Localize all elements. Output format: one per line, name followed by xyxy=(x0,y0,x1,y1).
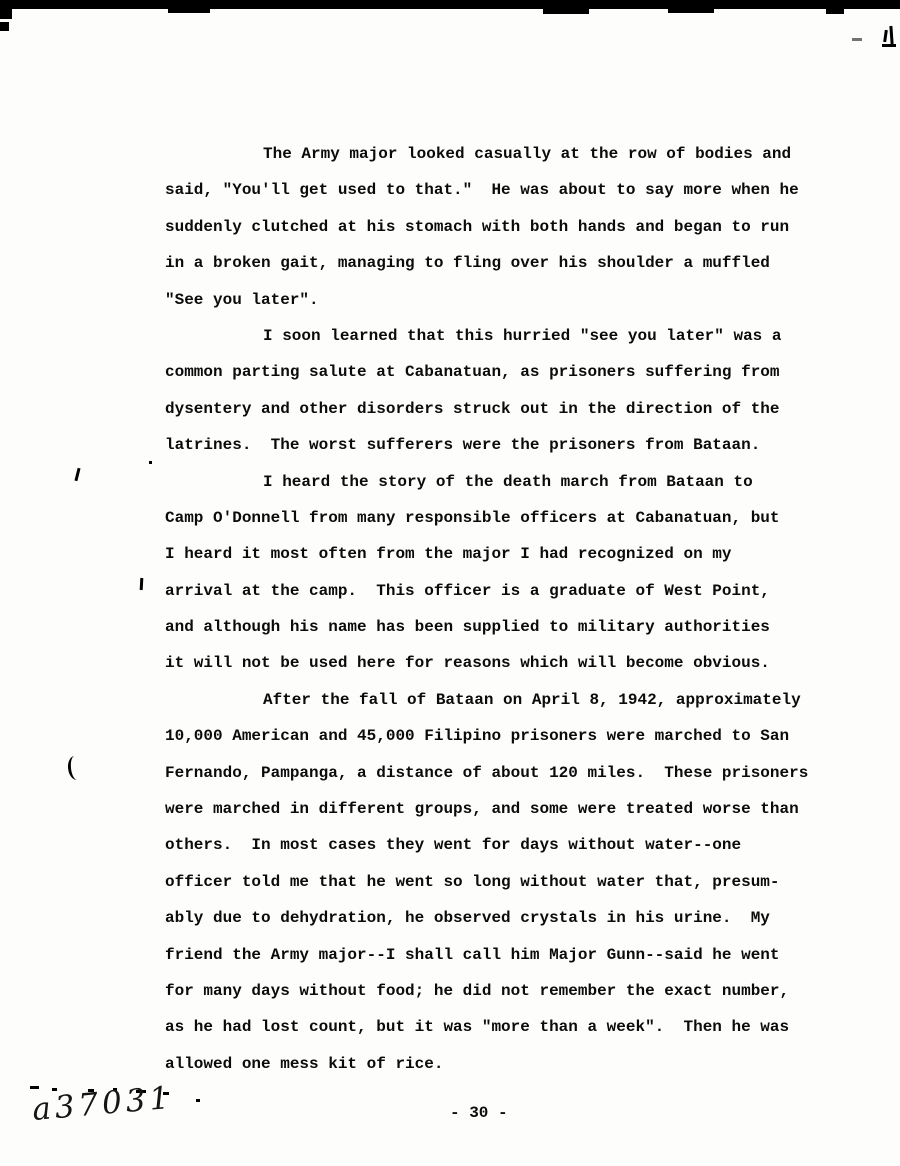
text-line: I heard it most often from the major I h… xyxy=(165,536,885,572)
text-line: suddenly clutched at his stomach with bo… xyxy=(165,209,885,245)
text-line: in a broken gait, managing to fling over… xyxy=(165,245,885,281)
scan-artifact xyxy=(140,578,144,590)
text-line: After the fall of Bataan on April 8, 194… xyxy=(165,682,885,718)
scan-artifact xyxy=(668,9,714,13)
text-line: others. In most cases they went for days… xyxy=(165,827,885,863)
scan-artifact xyxy=(0,9,12,19)
text-line: arrival at the camp. This officer is a g… xyxy=(165,573,885,609)
text-line: common parting salute at Cabanatuan, as … xyxy=(165,354,885,390)
text-line: The Army major looked casually at the ro… xyxy=(165,136,885,172)
text-line: allowed one mess kit of rice. xyxy=(165,1046,885,1082)
text-line: ably due to dehydration, he observed cry… xyxy=(165,900,885,936)
text-line: Camp O'Donnell from many responsible off… xyxy=(165,500,885,536)
scan-artifact xyxy=(30,1086,39,1089)
document-body: The Army major looked casually at the ro… xyxy=(165,136,885,1082)
text-line: dysentery and other disorders struck out… xyxy=(165,391,885,427)
scan-artifact xyxy=(196,1099,200,1102)
text-line: "See you later". xyxy=(165,282,885,318)
scan-artifact xyxy=(0,22,9,31)
scan-artifact xyxy=(826,9,844,14)
scan-artifact xyxy=(852,38,862,41)
scan-artifact xyxy=(889,26,893,44)
text-line: it will not be used here for reasons whi… xyxy=(165,645,885,681)
text-line: I heard the story of the death march fro… xyxy=(165,464,885,500)
text-line: 10,000 American and 45,000 Filipino pris… xyxy=(165,718,885,754)
text-line: officer told me that he went so long wit… xyxy=(165,864,885,900)
scan-artifact xyxy=(168,9,210,13)
document-page: The Army major looked casually at the ro… xyxy=(0,0,900,1166)
scan-artifact xyxy=(74,468,80,481)
text-line: and although his name has been supplied … xyxy=(165,609,885,645)
scan-artifact xyxy=(882,44,896,47)
scan-artifact xyxy=(149,461,152,464)
text-line: I soon learned that this hurried "see yo… xyxy=(165,318,885,354)
text-line: were marched in different groups, and so… xyxy=(165,791,885,827)
text-line: Fernando, Pampanga, a distance of about … xyxy=(165,755,885,791)
scan-artifact xyxy=(883,30,888,42)
text-line: latrines. The worst sufferers were the p… xyxy=(165,427,885,463)
page-number: - 30 - xyxy=(450,1104,508,1122)
text-line: said, "You'll get used to that." He was … xyxy=(165,172,885,208)
scan-artifact xyxy=(543,9,589,14)
text-line: as he had lost count, but it was "more t… xyxy=(165,1009,885,1045)
text-line: for many days without food; he did not r… xyxy=(165,973,885,1009)
text-line: friend the Army major--I shall call him … xyxy=(165,937,885,973)
scan-artifact-top-bar xyxy=(0,0,900,9)
scan-artifact xyxy=(67,755,82,780)
